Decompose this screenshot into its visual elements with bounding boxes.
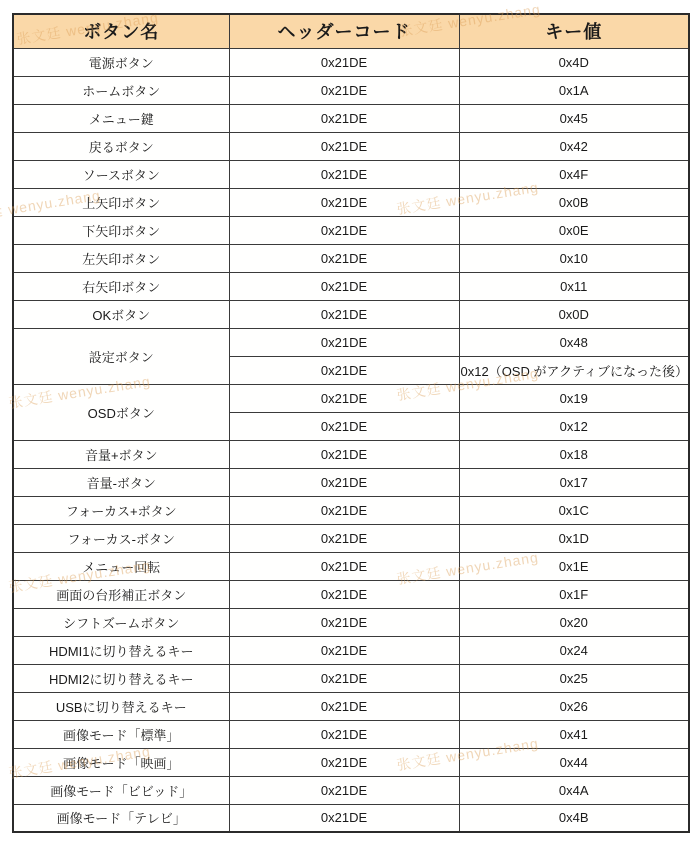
header-code-cell: 0x21DE	[229, 160, 459, 188]
table-row: 電源ボタン0x21DE0x4D	[13, 48, 689, 76]
col-header-button-name: ボタン名	[13, 14, 229, 48]
header-code-cell: 0x21DE	[229, 664, 459, 692]
button-name-cell: 下矢印ボタン	[13, 216, 229, 244]
button-name-cell: シフトズームボタン	[13, 608, 229, 636]
table-row: 画像モード「テレビ」0x21DE0x4B	[13, 804, 689, 832]
button-name-cell: 画像モード「ビビッド」	[13, 776, 229, 804]
header-code-cell: 0x21DE	[229, 804, 459, 832]
key-value-cell: 0x24	[459, 636, 689, 664]
table-row: 上矢印ボタン0x21DE0x0B	[13, 188, 689, 216]
button-name-cell: 画像モード「テレビ」	[13, 804, 229, 832]
button-name-cell: HDMI1に切り替えるキー	[13, 636, 229, 664]
table-row: 画像モード「標準」0x21DE0x41	[13, 720, 689, 748]
table-row: 左矢印ボタン0x21DE0x10	[13, 244, 689, 272]
table-row: 右矢印ボタン0x21DE0x11	[13, 272, 689, 300]
button-name-cell: フォーカス-ボタン	[13, 524, 229, 552]
button-name-cell: 画像モード「映画」	[13, 748, 229, 776]
table-row: フォーカス-ボタン0x21DE0x1D	[13, 524, 689, 552]
button-name-cell: ホームボタン	[13, 76, 229, 104]
table-row: 画面の台形補正ボタン0x21DE0x1F	[13, 580, 689, 608]
key-value-cell: 0x4B	[459, 804, 689, 832]
button-name-cell: HDMI2に切り替えるキー	[13, 664, 229, 692]
header-code-cell: 0x21DE	[229, 608, 459, 636]
button-name-cell: 戻るボタン	[13, 132, 229, 160]
header-code-cell: 0x21DE	[229, 524, 459, 552]
table-row: 画像モード「映画」0x21DE0x44	[13, 748, 689, 776]
button-name-cell: USBに切り替えるキー	[13, 692, 229, 720]
header-code-cell: 0x21DE	[229, 216, 459, 244]
table-row: 戻るボタン0x21DE0x42	[13, 132, 689, 160]
header-code-cell: 0x21DE	[229, 748, 459, 776]
header-code-cell: 0x21DE	[229, 552, 459, 580]
table-row: 画像モード「ビビッド」0x21DE0x4A	[13, 776, 689, 804]
key-value-cell: 0x1A	[459, 76, 689, 104]
key-value-cell: 0x48	[459, 328, 689, 356]
table-row: 設定ボタン0x21DE0x48	[13, 328, 689, 356]
key-value-cell: 0x19	[459, 384, 689, 412]
table-row: メニュー鍵0x21DE0x45	[13, 104, 689, 132]
header-code-cell: 0x21DE	[229, 272, 459, 300]
key-value-cell: 0x0B	[459, 188, 689, 216]
header-code-cell: 0x21DE	[229, 440, 459, 468]
button-name-cell: 右矢印ボタン	[13, 272, 229, 300]
header-code-cell: 0x21DE	[229, 636, 459, 664]
button-name-cell: 画面の台形補正ボタン	[13, 580, 229, 608]
button-name-cell: フォーカス+ボタン	[13, 496, 229, 524]
key-value-cell: 0x17	[459, 468, 689, 496]
header-code-cell: 0x21DE	[229, 244, 459, 272]
table-row: フォーカス+ボタン0x21DE0x1C	[13, 496, 689, 524]
table-row: HDMI2に切り替えるキー0x21DE0x25	[13, 664, 689, 692]
remote-keycode-table: ボタン名 ヘッダーコード キー値 電源ボタン0x21DE0x4Dホームボタン0x…	[12, 13, 690, 833]
button-name-cell: 設定ボタン	[13, 328, 229, 384]
key-value-cell: 0x26	[459, 692, 689, 720]
header-code-cell: 0x21DE	[229, 76, 459, 104]
table-row: USBに切り替えるキー0x21DE0x26	[13, 692, 689, 720]
button-name-cell: 電源ボタン	[13, 48, 229, 76]
key-value-cell: 0x18	[459, 440, 689, 468]
key-value-cell: 0x1E	[459, 552, 689, 580]
header-code-cell: 0x21DE	[229, 384, 459, 412]
header-code-cell: 0x21DE	[229, 496, 459, 524]
header-code-cell: 0x21DE	[229, 580, 459, 608]
key-value-cell: 0x12	[459, 412, 689, 440]
key-value-cell: 0x41	[459, 720, 689, 748]
button-name-cell: 画像モード「標準」	[13, 720, 229, 748]
table-row: 音量+ボタン0x21DE0x18	[13, 440, 689, 468]
key-value-cell: 0x12（OSD がアクティブになった後）	[459, 356, 689, 384]
header-code-cell: 0x21DE	[229, 48, 459, 76]
header-code-cell: 0x21DE	[229, 692, 459, 720]
table-row: メニュー回転0x21DE0x1E	[13, 552, 689, 580]
button-name-cell: 上矢印ボタン	[13, 188, 229, 216]
header-code-cell: 0x21DE	[229, 300, 459, 328]
key-value-cell: 0x4F	[459, 160, 689, 188]
col-header-header-code: ヘッダーコード	[229, 14, 459, 48]
table-row: HDMI1に切り替えるキー0x21DE0x24	[13, 636, 689, 664]
key-value-cell: 0x0E	[459, 216, 689, 244]
key-value-cell: 0x11	[459, 272, 689, 300]
button-name-cell: OSDボタン	[13, 384, 229, 440]
key-value-cell: 0x45	[459, 104, 689, 132]
key-value-cell: 0x42	[459, 132, 689, 160]
key-value-cell: 0x4A	[459, 776, 689, 804]
button-name-cell: 音量-ボタン	[13, 468, 229, 496]
button-name-cell: 音量+ボタン	[13, 440, 229, 468]
key-value-cell: 0x25	[459, 664, 689, 692]
table-row: OSDボタン0x21DE0x19	[13, 384, 689, 412]
header-code-cell: 0x21DE	[229, 776, 459, 804]
header-code-cell: 0x21DE	[229, 412, 459, 440]
key-value-cell: 0x1C	[459, 496, 689, 524]
key-value-cell: 0x44	[459, 748, 689, 776]
key-value-cell: 0x20	[459, 608, 689, 636]
key-value-cell: 0x10	[459, 244, 689, 272]
table-row: シフトズームボタン0x21DE0x20	[13, 608, 689, 636]
button-name-cell: ソースボタン	[13, 160, 229, 188]
table-row: ホームボタン0x21DE0x1A	[13, 76, 689, 104]
document-page: ボタン名 ヘッダーコード キー値 電源ボタン0x21DE0x4Dホームボタン0x…	[0, 0, 699, 842]
table-row: ソースボタン0x21DE0x4F	[13, 160, 689, 188]
header-code-cell: 0x21DE	[229, 328, 459, 356]
table-body: 電源ボタン0x21DE0x4Dホームボタン0x21DE0x1Aメニュー鍵0x21…	[13, 48, 689, 832]
header-code-cell: 0x21DE	[229, 356, 459, 384]
table-header-row: ボタン名 ヘッダーコード キー値	[13, 14, 689, 48]
header-code-cell: 0x21DE	[229, 188, 459, 216]
header-code-cell: 0x21DE	[229, 468, 459, 496]
header-code-cell: 0x21DE	[229, 132, 459, 160]
key-value-cell: 0x4D	[459, 48, 689, 76]
key-value-cell: 0x1D	[459, 524, 689, 552]
table-row: 下矢印ボタン0x21DE0x0E	[13, 216, 689, 244]
col-header-key-value: キー値	[459, 14, 689, 48]
button-name-cell: メニュー回転	[13, 552, 229, 580]
key-value-cell: 0x0D	[459, 300, 689, 328]
key-value-cell: 0x1F	[459, 580, 689, 608]
button-name-cell: 左矢印ボタン	[13, 244, 229, 272]
button-name-cell: メニュー鍵	[13, 104, 229, 132]
button-name-cell: OKボタン	[13, 300, 229, 328]
table-row: OKボタン0x21DE0x0D	[13, 300, 689, 328]
table-row: 音量-ボタン0x21DE0x17	[13, 468, 689, 496]
header-code-cell: 0x21DE	[229, 104, 459, 132]
header-code-cell: 0x21DE	[229, 720, 459, 748]
